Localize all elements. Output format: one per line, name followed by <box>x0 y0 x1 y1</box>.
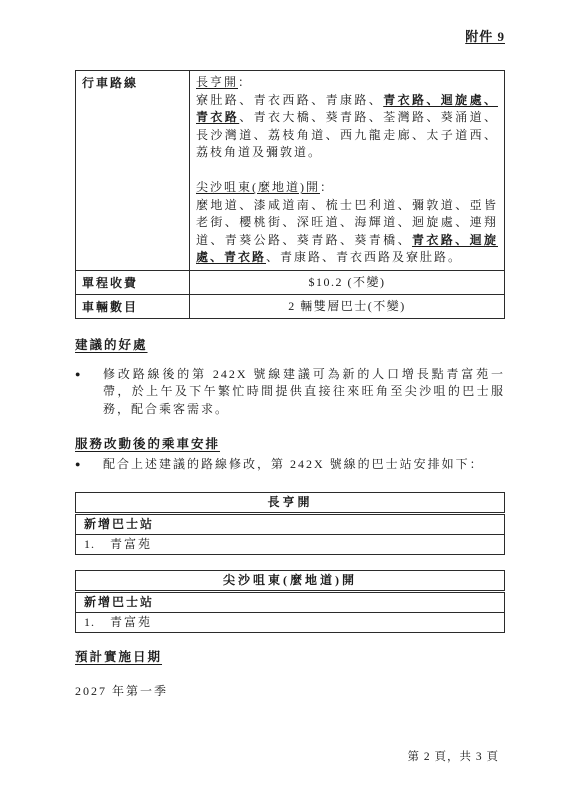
document-page: 附件 9 行車路線 長亨開： 寮肚路、青衣西路、青康路、青衣路、迴旋處、青衣路、… <box>0 0 566 800</box>
stop-table-cheung-hang: 長亨開 新增巴士站 1.青富苑 <box>75 492 505 555</box>
benefits-heading: 建議的好處 <box>75 335 505 353</box>
table-row-vehicles: 車輛數目 2 輛雙層巴士(不變) <box>76 294 505 318</box>
route-cell: 長亨開： 寮肚路、青衣西路、青康路、青衣路、迴旋處、青衣路、青衣大橋、葵青路、荃… <box>190 71 505 271</box>
bullet-icon: ● <box>75 366 103 419</box>
direction-heading-line: 長亨開： <box>196 74 498 92</box>
direction-block-tst-east: 尖沙咀東(麼地道)開： 麼地道、漆咸道南、梳士巴利道、彌敦道、亞皆老街、櫻桃街、… <box>196 179 498 267</box>
arrangement-bullet: ● 配合上述建議的路線修改，第 242X 號線的巴士站安排如下： <box>75 456 505 474</box>
stop-item-name: 青富苑 <box>110 615 152 629</box>
route-segment: 、青衣大橋、葵青路、荃灣路、葵涌道、長沙灣道、荔枝角道、西九龍走廊、太子道西、荔… <box>196 110 498 159</box>
route-detail-table: 行車路線 長亨開： 寮肚路、青衣西路、青康路、青衣路、迴旋處、青衣路、青衣大橋、… <box>75 70 505 319</box>
fare-row-label: 單程收費 <box>76 270 190 294</box>
stop-table-header: 新增巴士站 <box>76 513 505 534</box>
arrangement-bullet-text: 配合上述建議的路線修改，第 242X 號線的巴士站安排如下： <box>103 456 505 474</box>
stop-table-header-row: 新增巴士站 <box>76 591 505 612</box>
benefits-bullet-text: 修改路線後的第 242X 號線建議可為新的人口增長點青富苑一帶，於上午及下午繁忙… <box>103 366 505 419</box>
stop-table-title: 長亨開 <box>76 492 505 513</box>
annex-label: 附件 9 <box>75 26 505 45</box>
implementation-date: 2027 年第一季 <box>75 682 505 699</box>
arrangement-heading: 服務改動後的乘車安排 <box>75 434 505 452</box>
stop-item-number: 1. <box>84 615 110 630</box>
direction-heading: 尖沙咀東(麼地道)開 <box>196 180 320 194</box>
direction-heading-colon: ： <box>320 180 334 194</box>
stop-table-tst-east: 尖沙咀東(麼地道)開 新增巴士站 1.青富苑 <box>75 570 505 633</box>
stop-table-title: 尖沙咀東(麼地道)開 <box>76 570 505 591</box>
bullet-icon: ● <box>75 456 103 474</box>
stop-table-item-row: 1.青富苑 <box>76 612 505 632</box>
stop-table-header: 新增巴士站 <box>76 591 505 612</box>
benefits-bullet: ● 修改路線後的第 242X 號線建議可為新的人口增長點青富苑一帶，於上午及下午… <box>75 366 505 419</box>
vehicles-value: 2 輛雙層巴士(不變) <box>190 294 505 318</box>
stop-table-header-row: 新增巴士站 <box>76 513 505 534</box>
fare-value: $10.2 (不變) <box>190 270 505 294</box>
stop-table-title-row: 尖沙咀東(麼地道)開 <box>76 570 505 591</box>
direction-block-cheung-hang: 長亨開： 寮肚路、青衣西路、青康路、青衣路、迴旋處、青衣路、青衣大橋、葵青路、荃… <box>196 74 498 162</box>
table-row-route: 行車路線 長亨開： 寮肚路、青衣西路、青康路、青衣路、迴旋處、青衣路、青衣大橋、… <box>76 71 505 271</box>
direction-heading-line: 尖沙咀東(麼地道)開： <box>196 179 498 197</box>
vehicles-row-label: 車輛數目 <box>76 294 190 318</box>
direction-heading-colon: ： <box>238 75 252 89</box>
direction-route-text: 寮肚路、青衣西路、青康路、青衣路、迴旋處、青衣路、青衣大橋、葵青路、荃灣路、葵涌… <box>196 92 498 162</box>
stop-table-title-row: 長亨開 <box>76 492 505 513</box>
direction-heading: 長亨開 <box>196 75 238 89</box>
page-number: 第 2 頁，共 3 頁 <box>408 748 500 764</box>
implementation-heading: 預計實施日期 <box>75 647 505 665</box>
route-segment: 寮肚路、青衣西路、青康路、 <box>196 93 383 107</box>
stop-table-item-row: 1.青富苑 <box>76 534 505 554</box>
route-segment: 、青康路、青衣西路及寮肚路。 <box>266 250 462 264</box>
annex-label-text: 附件 9 <box>465 29 505 44</box>
table-row-fare: 單程收費 $10.2 (不變) <box>76 270 505 294</box>
direction-route-text: 麼地道、漆咸道南、梳士巴利道、彌敦道、亞皆老街、櫻桃街、深旺道、海輝道、迴旋處、… <box>196 197 498 267</box>
direction-gap <box>196 162 498 180</box>
route-row-label: 行車路線 <box>76 71 190 271</box>
stop-item-number: 1. <box>84 537 110 552</box>
stop-item-name: 青富苑 <box>110 537 152 551</box>
